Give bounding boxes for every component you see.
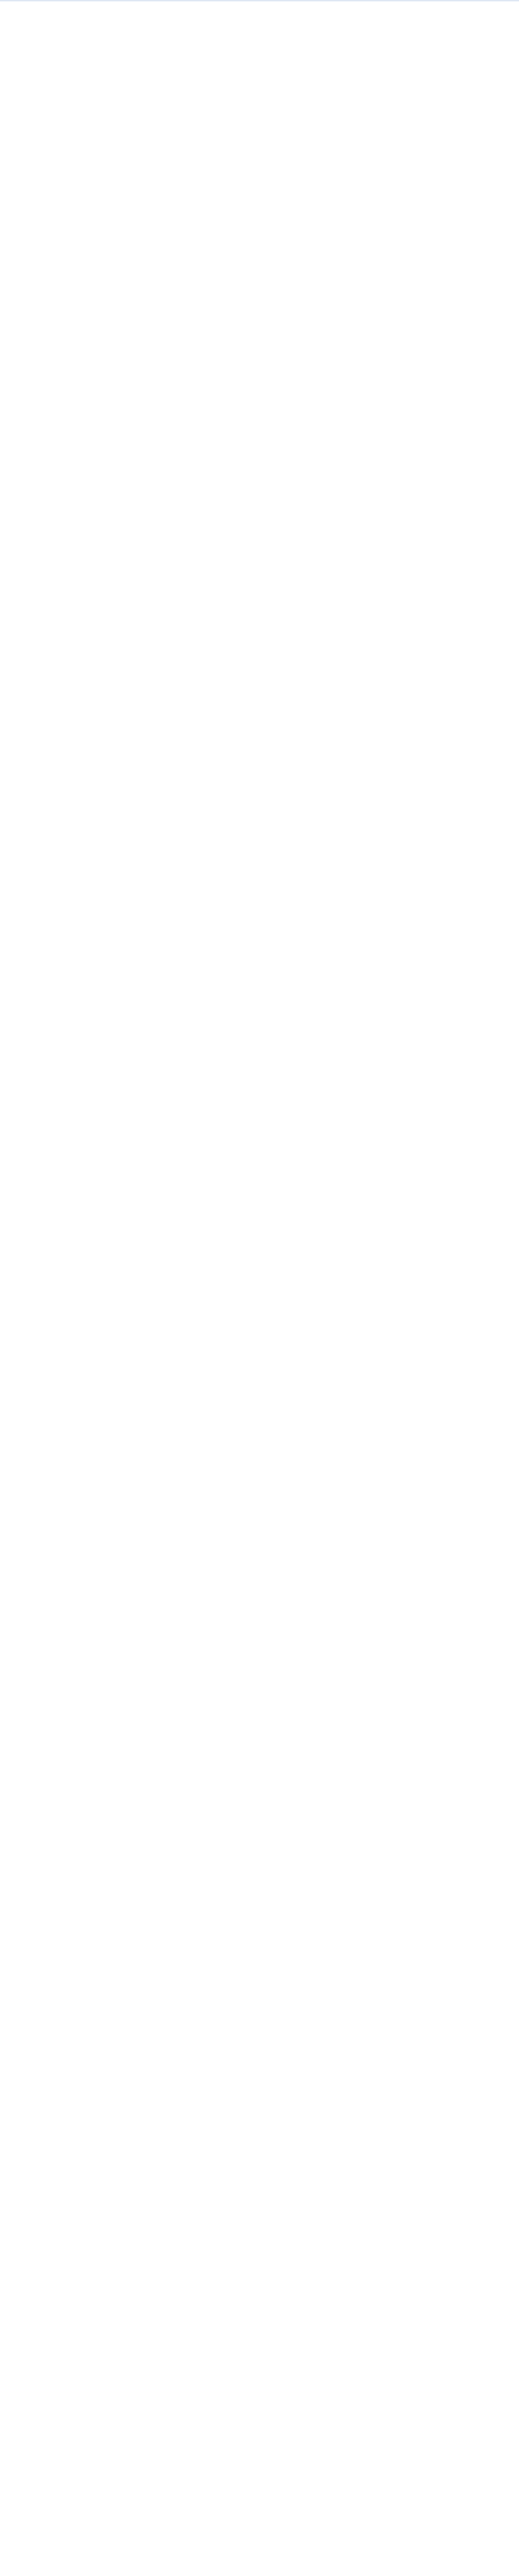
window-top-bar: [0, 0, 519, 1]
q1-option-a: [83, 111, 85, 126]
q2-stem-cont: [64, 200, 66, 215]
q2-option-b: [309, 217, 310, 232]
q2-options-cd: [83, 235, 85, 250]
section-intro-cont: [64, 75, 66, 90]
q1-stem: [83, 93, 85, 108]
q1-option-b: [83, 129, 85, 144]
q1-option-d: [83, 164, 85, 179]
q1-option-c: [83, 146, 85, 161]
